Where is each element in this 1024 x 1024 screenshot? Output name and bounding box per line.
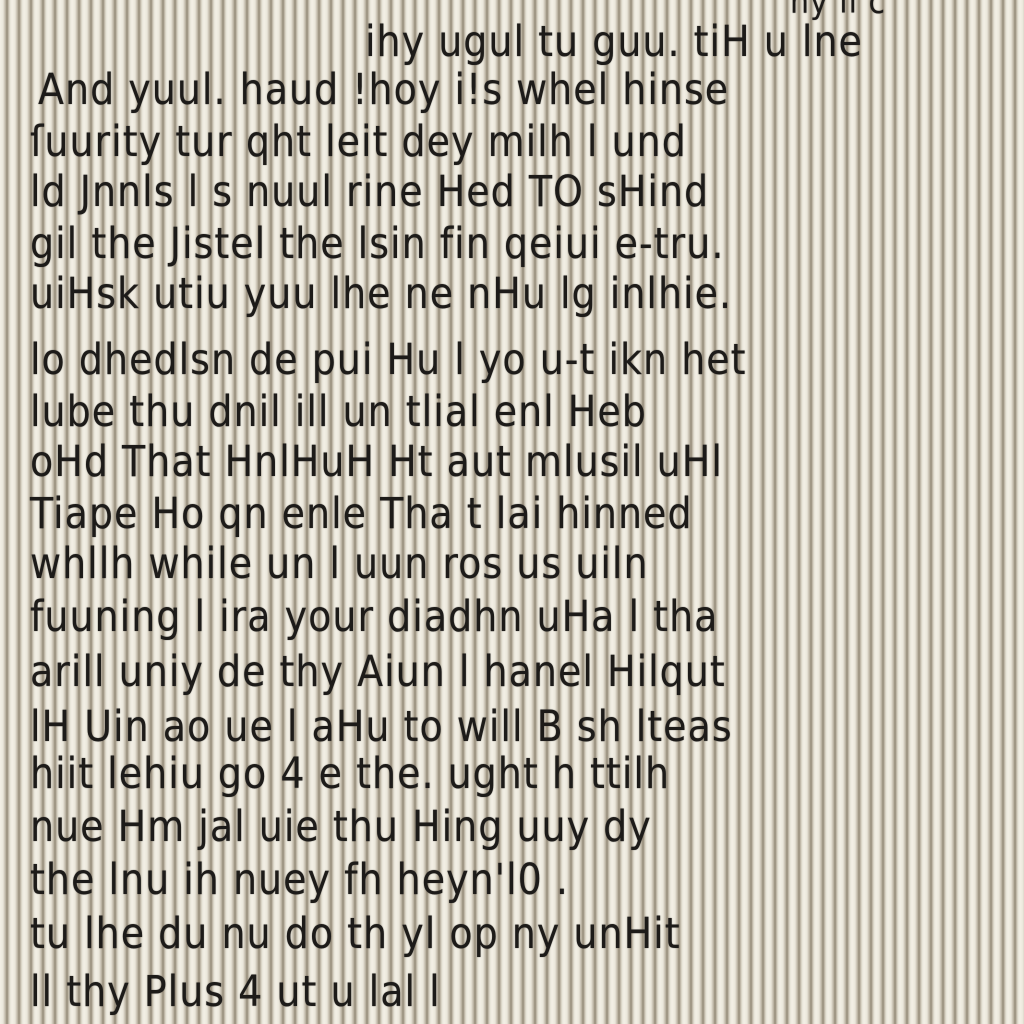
handwritten-page: hy ii c ihy ugul tu guu. tiH u lne And y… xyxy=(0,0,1024,1024)
text-line: ihy ugul tu guu. tiH u lne xyxy=(365,20,863,63)
text-line: lo dhedlsn de pui Hu l yo u-t ikn het xyxy=(30,338,747,381)
text-line: gil the Jistel the lsin fin qeiui e-tru. xyxy=(30,222,724,265)
text-line: arill uniy de thy Aiun l hanel Hilqut xyxy=(30,650,726,693)
text-line: uiHsk utiu yuu lhe ne nHu lg inlhie. xyxy=(30,272,732,315)
text-line: hiit lehiu go 4 e the. ught h ttilh xyxy=(30,752,670,795)
text-line: whllh while un l uun ros us uiln xyxy=(30,542,649,585)
text-line: ld Jnnls l s nuul rine Hed TO sHind xyxy=(30,170,709,213)
text-line: nue Hm jal uie thu Hing uuy dy xyxy=(30,805,652,848)
text-line-bottom: ll thy Plus 4 ut u lal l xyxy=(30,970,441,1013)
text-line: oHd That HnlHuH Ht aut mlusil uHl xyxy=(30,440,723,483)
text-line: ſuurity tur qht leit dey milh l und xyxy=(30,120,687,163)
text-line: fuuning l ira your diadhn uHa l tha xyxy=(30,595,718,638)
text-line: lH Uin ao ue l aHu to will B sh lteas xyxy=(30,705,733,748)
text-line: Tiape Ho qn enle Tha t lai hinned xyxy=(30,492,693,535)
text-line: the lnu ih nuey fh heyn'l0 . xyxy=(30,858,569,901)
text-line: tu lhe du nu do th yl op ny unHit xyxy=(30,912,681,955)
text-line: lube thu dnil ill un tlial enl Heb xyxy=(30,390,647,433)
text-line: And yuul. haud !hoy i!s whel hinse xyxy=(38,68,729,111)
